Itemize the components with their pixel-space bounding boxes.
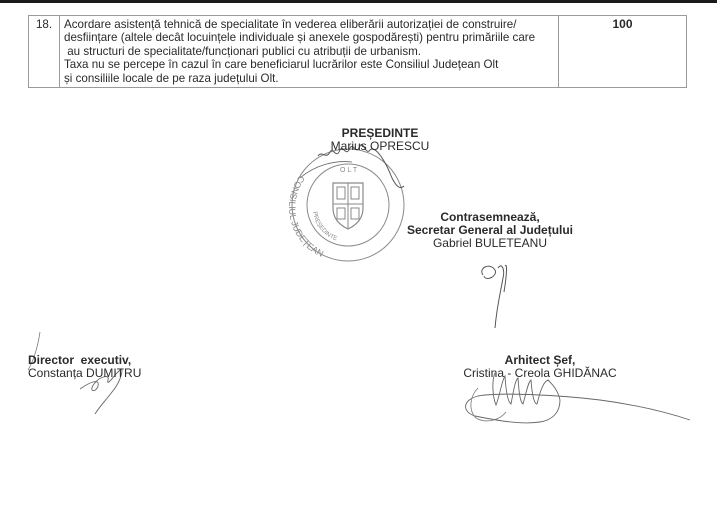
presedinte-name: Marius OPRESCU	[300, 140, 460, 153]
description-line: Taxa nu se percepe în cazul în care bene…	[64, 58, 554, 71]
row-fee-value: 100	[559, 16, 687, 88]
svg-text:PREȘEDINTE: PREȘEDINTE	[311, 211, 338, 242]
table-row: 18. Acordare asistență tehnică de specia…	[29, 16, 687, 88]
description-line: desființare (altele decât locuințele ind…	[64, 31, 554, 44]
row-number: 18.	[29, 16, 60, 88]
row-description: Acordare asistență tehnică de specialita…	[60, 16, 559, 88]
director-block: Director executiv, Constanța DUMITRU	[28, 354, 141, 380]
description-line: Acordare asistență tehnică de specialita…	[64, 18, 554, 31]
description-line: și consiliile locale de pe raza județulu…	[64, 72, 554, 85]
director-name: Constanța DUMITRU	[28, 367, 141, 380]
fee-table: 18. Acordare asistență tehnică de specia…	[28, 15, 687, 88]
description-line: au structuri de specialitate/funcționari…	[64, 45, 554, 58]
arhitect-name: Cristina - Creola GHIDĂNAC	[440, 367, 640, 380]
secretar-name: Gabriel BULETEANU	[360, 237, 620, 250]
arhitect-signature	[466, 373, 690, 423]
svg-text:CONSILIUL JUDEȚEAN: CONSILIUL JUDEȚEAN	[287, 174, 325, 259]
scan-top-edge	[0, 0, 717, 3]
svg-text:O L T: O L T	[340, 167, 358, 174]
secretar-signature	[482, 266, 504, 328]
arhitect-block: Arhitect Șef, Cristina - Creola GHIDĂNAC	[440, 354, 640, 380]
presedinte-block: PREȘEDINTE Marius OPRESCU	[300, 127, 460, 153]
contrasemneaza-block: Contrasemnează, Secretar General al Jude…	[360, 211, 620, 250]
